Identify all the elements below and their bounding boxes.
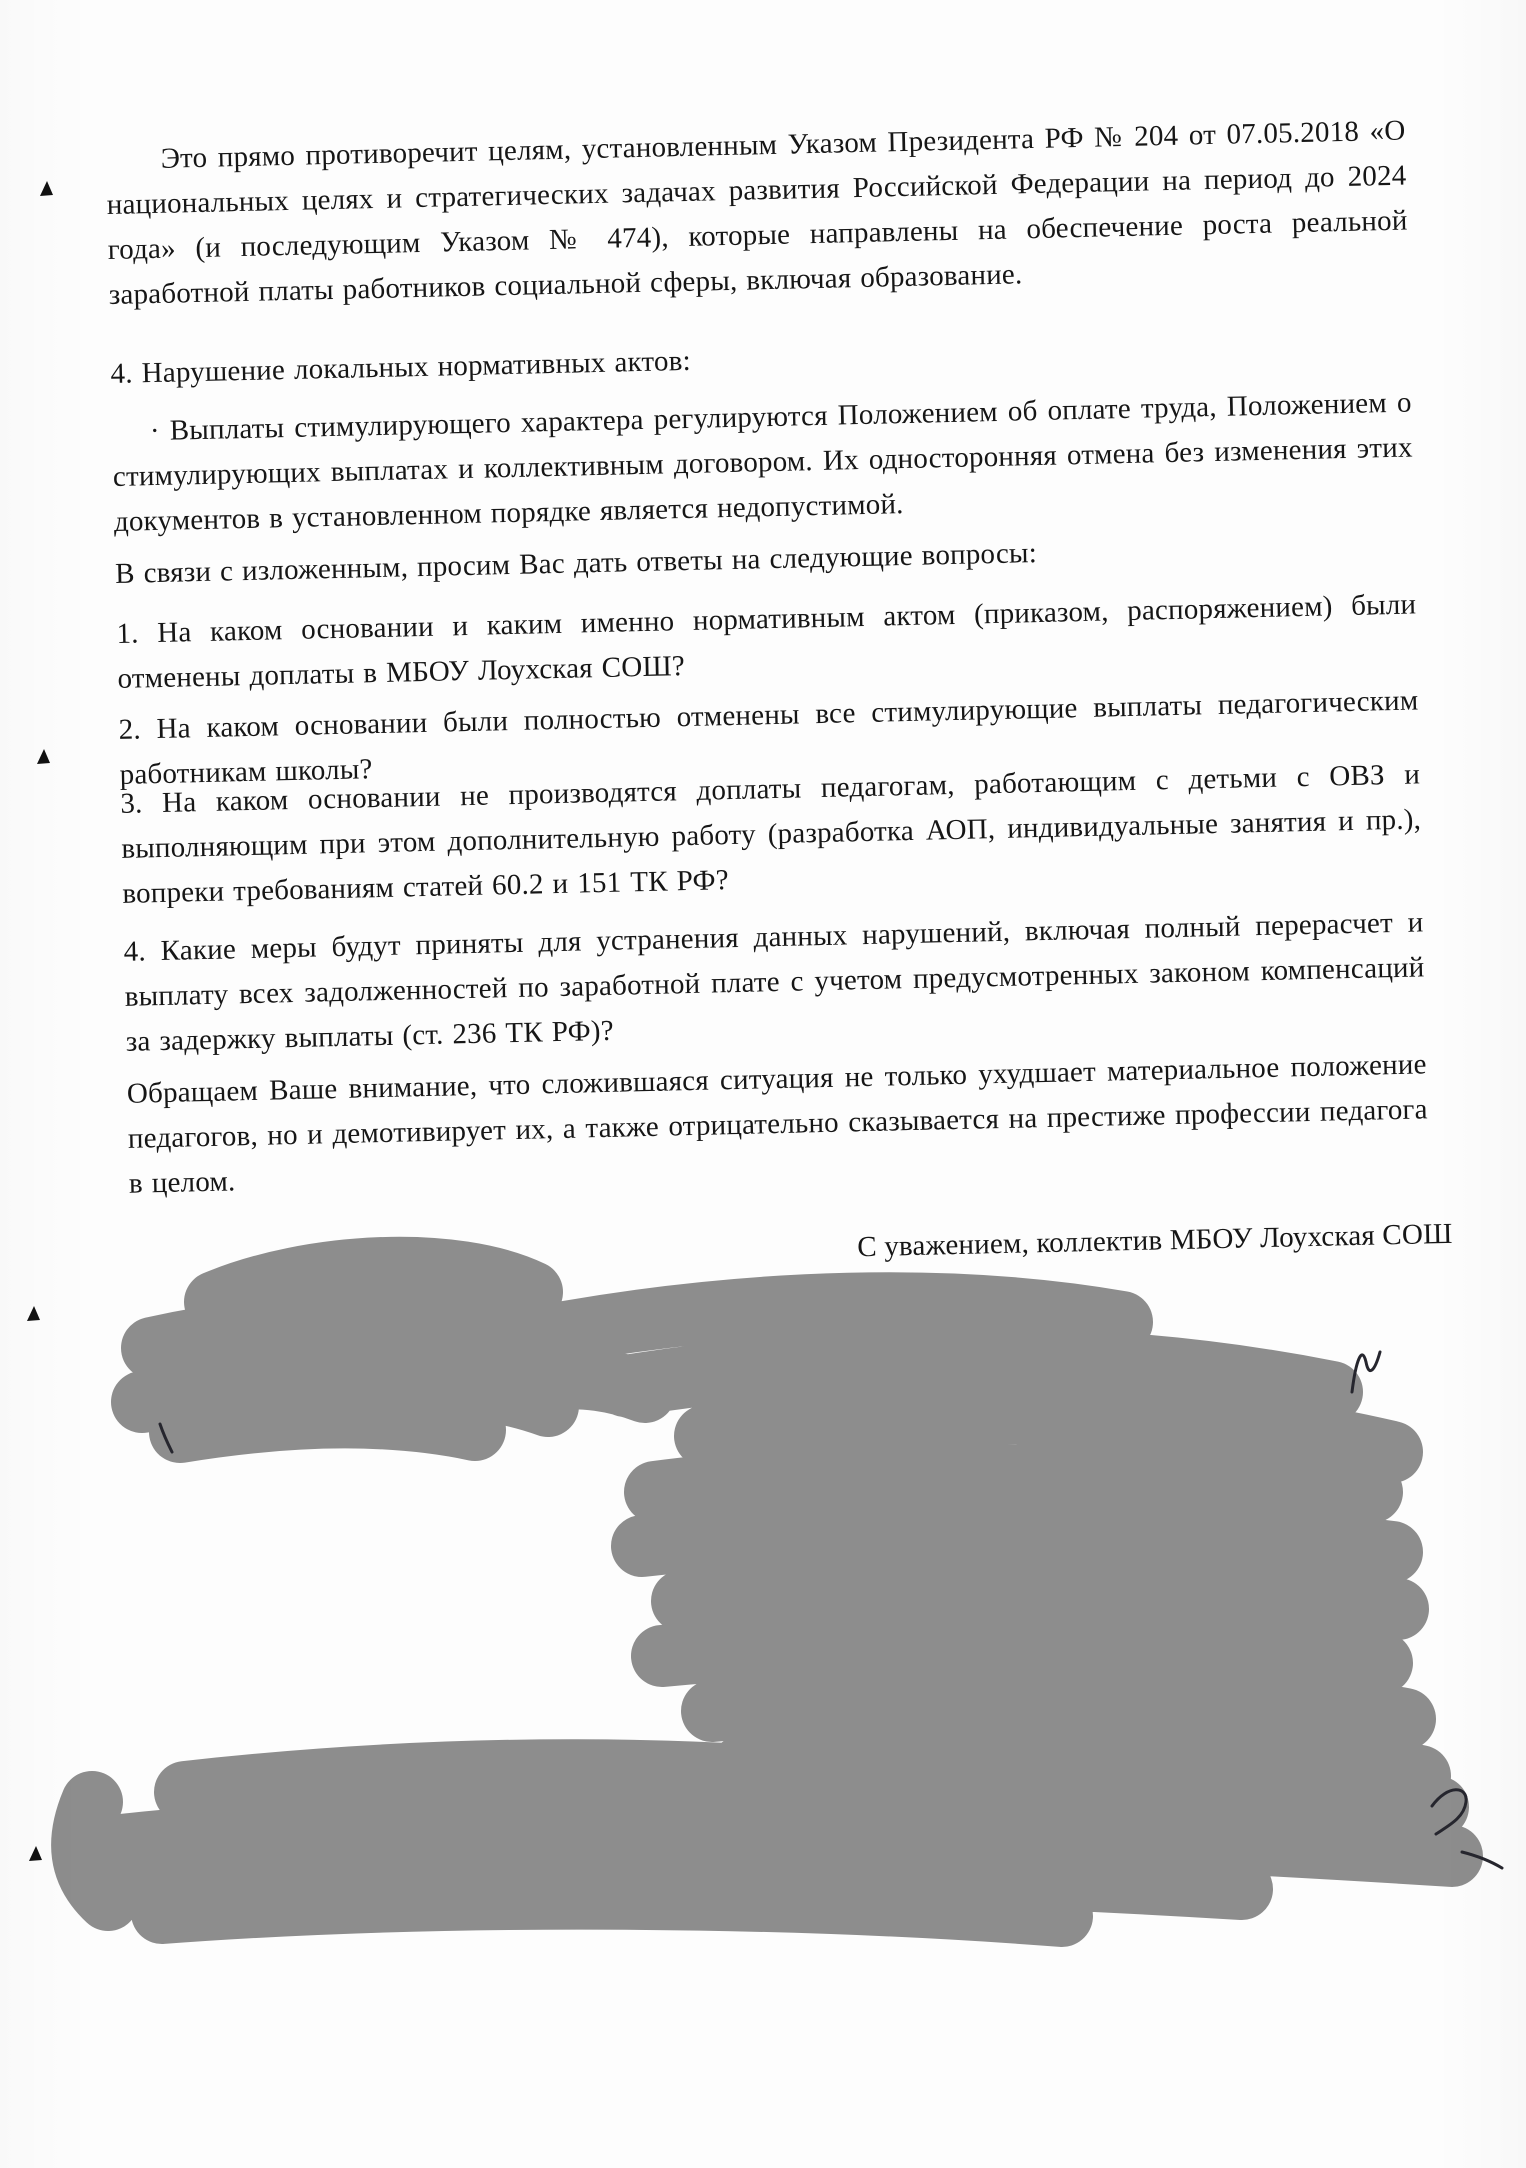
signature-line: С уважением, коллектив МБОУ Лоухская СОШ <box>572 1212 1453 1277</box>
document-page: Это прямо противоречит целям, установлен… <box>0 0 1526 2168</box>
letter-body: Это прямо противоречит целям, установлен… <box>0 0 1526 2168</box>
violation-paragraph: · Выплаты стимулирующего характера регул… <box>111 381 1414 545</box>
question-4: 4. Какие меры будут приняты для устранен… <box>123 900 1426 1064</box>
question-3: 3. На каком основании не производятся до… <box>120 752 1423 916</box>
closing-paragraph: Обращаем Ваше внимание, что сложившаяся … <box>126 1042 1429 1206</box>
intro-paragraph: Это прямо противоречит целям, установлен… <box>105 109 1409 318</box>
